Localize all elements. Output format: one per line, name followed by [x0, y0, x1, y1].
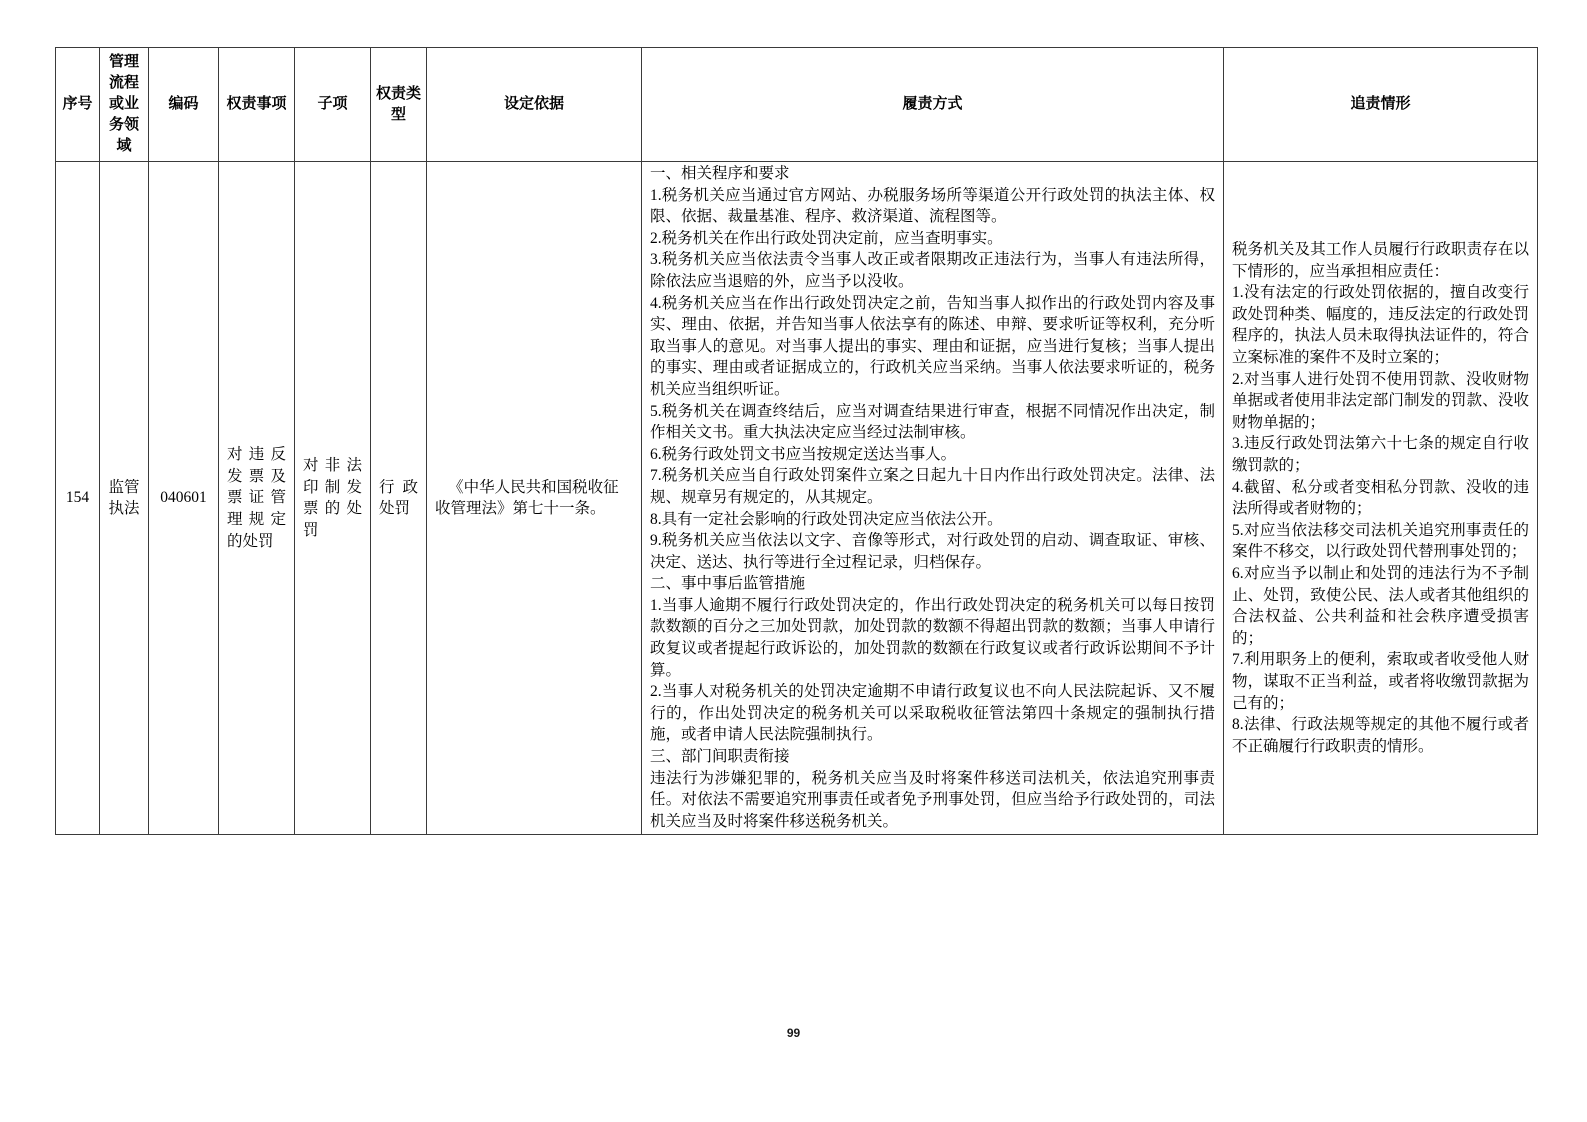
header-business-area: 管理流程或业务领域 — [100, 48, 149, 162]
cell-matter: 对违反发票及票证管理规定的处罚 — [219, 162, 295, 835]
page-number: 99 — [0, 1026, 1587, 1040]
legal-basis-text: 《中华人民共和国税收征收管理法》第七十一条。 — [435, 477, 633, 520]
cell-legal-basis: 《中华人民共和国税收征收管理法》第七十一条。 — [427, 162, 642, 835]
duty-list-table: 序号 管理流程或业务领域 编码 权责事项 子项 权责类型 设定依据 履责方式 追… — [55, 47, 1538, 835]
header-sub-item: 子项 — [295, 48, 371, 162]
table-row: 154 监管执法 040601 对违反发票及票证管理规定的处罚 对非法印制发票的… — [56, 162, 1538, 835]
header-legal-basis: 设定依据 — [427, 48, 642, 162]
header-duty-method: 履责方式 — [642, 48, 1224, 162]
cell-accountability: 税务机关及其工作人员履行行政职责存在以下情形的，应当承担相应责任： 1.没有法定… — [1224, 162, 1538, 835]
cell-serial-no: 154 — [56, 162, 100, 835]
header-duty-type: 权责类型 — [371, 48, 427, 162]
header-code: 编码 — [149, 48, 219, 162]
header-serial-no: 序号 — [56, 48, 100, 162]
table-header-row: 序号 管理流程或业务领域 编码 权责事项 子项 权责类型 设定依据 履责方式 追… — [56, 48, 1538, 162]
document-page: 序号 管理流程或业务领域 编码 权责事项 子项 权责类型 设定依据 履责方式 追… — [0, 0, 1587, 1122]
cell-duty-type: 行政处罚 — [371, 162, 427, 835]
cell-business-area: 监管执法 — [100, 162, 149, 835]
header-accountability: 追责情形 — [1224, 48, 1538, 162]
cell-code: 040601 — [149, 162, 219, 835]
cell-duty-method: 一、相关程序和要求 1.税务机关应当通过官方网站、办税服务场所等渠道公开行政处罚… — [642, 162, 1224, 835]
cell-sub-item: 对非法印制发票的处罚 — [295, 162, 371, 835]
header-matter: 权责事项 — [219, 48, 295, 162]
